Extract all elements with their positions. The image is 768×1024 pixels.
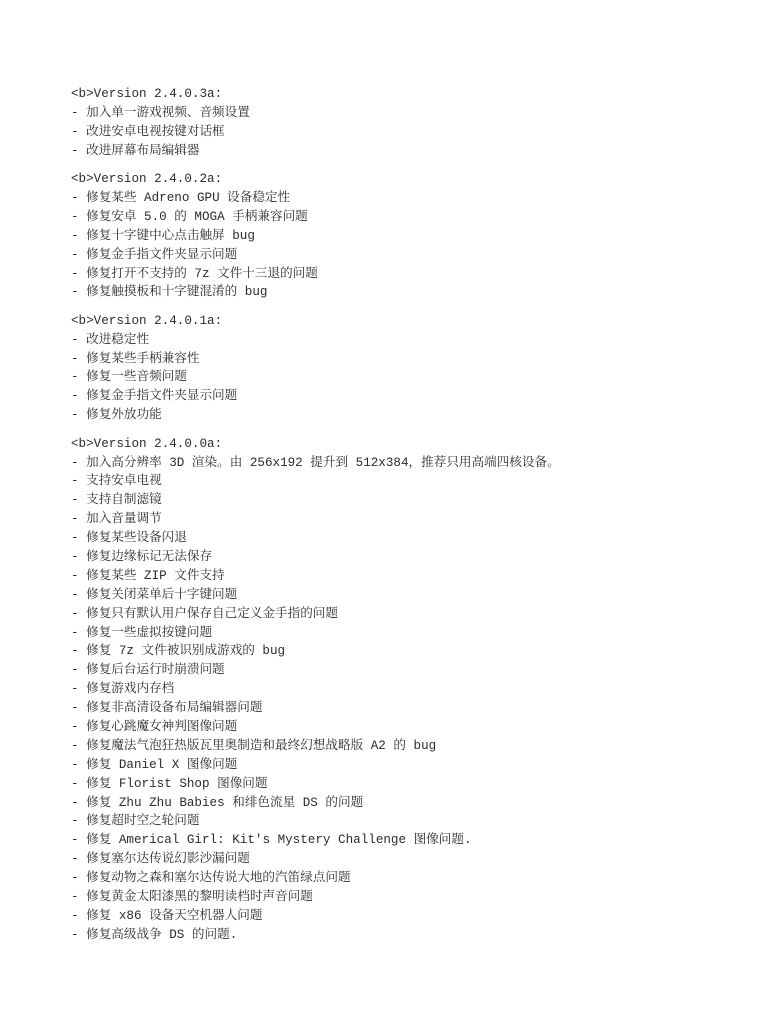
changelog-item: - 修复 7z 文件被识别成游戏的 bug (71, 642, 751, 661)
changelog-item: - 修复 Zhu Zhu Babies 和绯色流星 DS 的问题 (71, 794, 751, 813)
changelog-item: - 修复超时空之轮问题 (71, 812, 751, 831)
version-section-2-4-0-1a: <b>Version 2.4.0.1a: - 改进稳定性 - 修复某些手柄兼容性… (71, 312, 751, 425)
changelog-item: - 修复只有默认用户保存自己定义金手指的问题 (71, 605, 751, 624)
changelog-item: - 修复某些 ZIP 文件支持 (71, 567, 751, 586)
changelog-item: - 修复十字键中心点击触屏 bug (71, 227, 751, 246)
changelog-item: - 修复关闭菜单后十字键问题 (71, 586, 751, 605)
changelog-item: - 修复游戏内存档 (71, 680, 751, 699)
changelog-item: - 修复某些 Adreno GPU 设备稳定性 (71, 189, 751, 208)
changelog-item: - 修复 Florist Shop 图像问题 (71, 775, 751, 794)
version-section-2-4-0-3a: <b>Version 2.4.0.3a: - 加入单一游戏视频、音频设置 - 改… (71, 85, 751, 161)
changelog-item: - 修复安卓 5.0 的 MOGA 手柄兼容问题 (71, 208, 751, 227)
changelog-item: - 加入音量调节 (71, 510, 751, 529)
version-heading: <b>Version 2.4.0.1a: (71, 312, 751, 331)
changelog-item: - 修复一些音频问题 (71, 368, 751, 387)
version-heading: <b>Version 2.4.0.0a: (71, 435, 751, 454)
changelog-item: - 改进安卓电视按键对话框 (71, 123, 751, 142)
changelog-item: - 修复非高清设备布局编辑器问题 (71, 699, 751, 718)
changelog-document: <b>Version 2.4.0.3a: - 加入单一游戏视频、音频设置 - 改… (71, 85, 751, 954)
changelog-item: - 修复边缘标记无法保存 (71, 548, 751, 567)
changelog-item: - 修复外放功能 (71, 406, 751, 425)
changelog-item: - 改进稳定性 (71, 331, 751, 350)
changelog-item: - 修复金手指文件夹显示问题 (71, 387, 751, 406)
version-heading: <b>Version 2.4.0.2a: (71, 170, 751, 189)
changelog-item: - 修复 Americal Girl: Kit's Mystery Challe… (71, 831, 751, 850)
changelog-item: - 修复某些手柄兼容性 (71, 350, 751, 369)
changelog-item: - 加入高分辨率 3D 渲染。由 256x192 提升到 512x384，推荐只… (71, 454, 751, 473)
changelog-item: - 修复黄金太阳漆黑的黎明读档时声音问题 (71, 888, 751, 907)
changelog-item: - 支持安卓电视 (71, 472, 751, 491)
changelog-item: - 修复 x86 设备天空机器人问题 (71, 907, 751, 926)
changelog-item: - 改进屏幕布局编辑器 (71, 142, 751, 161)
changelog-item: - 加入单一游戏视频、音频设置 (71, 104, 751, 123)
changelog-item: - 修复金手指文件夹显示问题 (71, 246, 751, 265)
changelog-item: - 修复动物之森和塞尔达传说大地的汽笛绿点问题 (71, 869, 751, 888)
changelog-item: - 修复魔法气泡狂热版瓦里奥制造和最终幻想战略版 A2 的 bug (71, 737, 751, 756)
changelog-item: - 修复触摸板和十字键混淆的 bug (71, 283, 751, 302)
changelog-item: - 修复心跳魔女神判图像问题 (71, 718, 751, 737)
version-section-2-4-0-2a: <b>Version 2.4.0.2a: - 修复某些 Adreno GPU 设… (71, 170, 751, 302)
changelog-item: - 修复高级战争 DS 的问题. (71, 926, 751, 945)
changelog-item: - 修复塞尔达传说幻影沙漏问题 (71, 850, 751, 869)
changelog-item: - 修复 Daniel X 图像问题 (71, 756, 751, 775)
changelog-item: - 修复打开不支持的 7z 文件十三退的问题 (71, 265, 751, 284)
changelog-item: - 支持自制滤镜 (71, 491, 751, 510)
version-section-2-4-0-0a: <b>Version 2.4.0.0a: - 加入高分辨率 3D 渲染。由 25… (71, 435, 751, 945)
changelog-item: - 修复一些虚拟按键问题 (71, 624, 751, 643)
changelog-item: - 修复后台运行时崩溃问题 (71, 661, 751, 680)
version-heading: <b>Version 2.4.0.3a: (71, 85, 751, 104)
changelog-item: - 修复某些设备闪退 (71, 529, 751, 548)
